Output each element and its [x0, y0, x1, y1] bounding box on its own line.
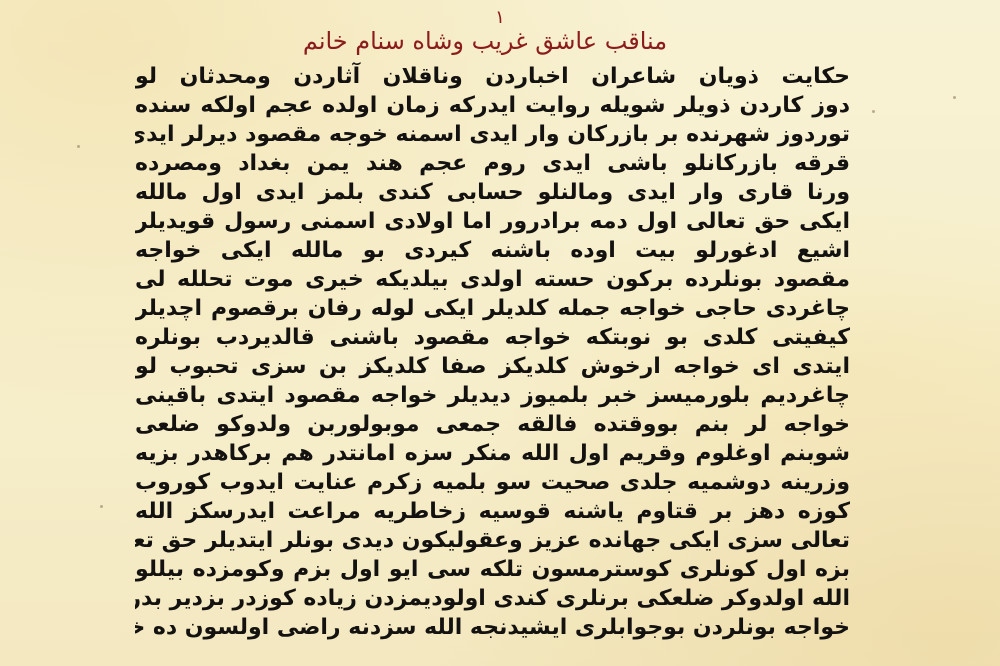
text-line: کیفیتی کلدی بو نوبتکه خواجه مقصود باشنی … [135, 323, 850, 352]
text-line: مقصود بونلرده برکون حسته اولدی بیلدیکه خ… [135, 265, 850, 294]
manuscript-page: ١ مناقب عاشق غريب وشاه سنام خانم حکایت ذ… [0, 0, 1000, 666]
text-line: وزرینه دوشمیه جلدی صحیت سو بلمیه زکرم عن… [135, 468, 850, 497]
manuscript-title: مناقب عاشق غريب وشاه سنام خانم [250, 24, 720, 58]
text-line: اشیع ادغورلو بیت اوده باشنه کیردی بو مال… [135, 236, 850, 265]
text-line: تعالی سزی ایکی جهانده عزیز وعقولیکون دید… [135, 526, 850, 555]
text-line: دوز کاردن ذویلر شویله روایت ایدرکه زمان … [135, 91, 850, 120]
paper-speck [872, 110, 875, 113]
paper-speck [77, 145, 80, 148]
manuscript-body: حکایت ذویان شاعران اخباردن وناقلان آثارد… [135, 62, 850, 642]
text-line: توردوز شهرنده بر بازرکان وار ایدی اسمنه … [135, 120, 850, 149]
text-line: خواجه لر بنم بووقتده فالقه جمعی موبولورب… [135, 410, 850, 439]
text-line: ایتدی ای خواجه ارخوش کلدیکز صفا کلدیکز ب… [135, 352, 850, 381]
text-line: خواجه بونلردن بوجوابلری ایشیدنجه الله سز… [135, 613, 850, 642]
paper-speck [953, 96, 956, 99]
text-line: چاغردیم بلورمیسز خبر بلمیوز دیدیلر خواجه… [135, 381, 850, 410]
text-line: شوبنم اوغلوم وقریم اول الله منکر سزه اما… [135, 439, 850, 468]
text-line: الله اولدوکر ضلعکی برنلری کندی اولودیمزد… [135, 584, 850, 613]
text-line: ورنا قاری وار ایدی ومالنلو حسابی کندی بل… [135, 178, 850, 207]
text-line: کوزه دهز بر قتاوم یاشنه قوسیه زخاطریه مر… [135, 497, 850, 526]
text-line: قرقه بازرکانلو باشی ایدی روم عجم هند یمن… [135, 149, 850, 178]
paper-speck [100, 505, 103, 508]
text-line: چاغردی حاجی خواجه جمله کلدیلر ایکی لوله … [135, 294, 850, 323]
text-line: ایکی حق تعالی اول دمه برادرور اما اولادی… [135, 207, 850, 236]
text-line: حکایت ذویان شاعران اخباردن وناقلان آثارد… [135, 62, 850, 91]
text-line: بزه اول کونلری کوسترمسون تلکه سی ایو اول… [135, 555, 850, 584]
